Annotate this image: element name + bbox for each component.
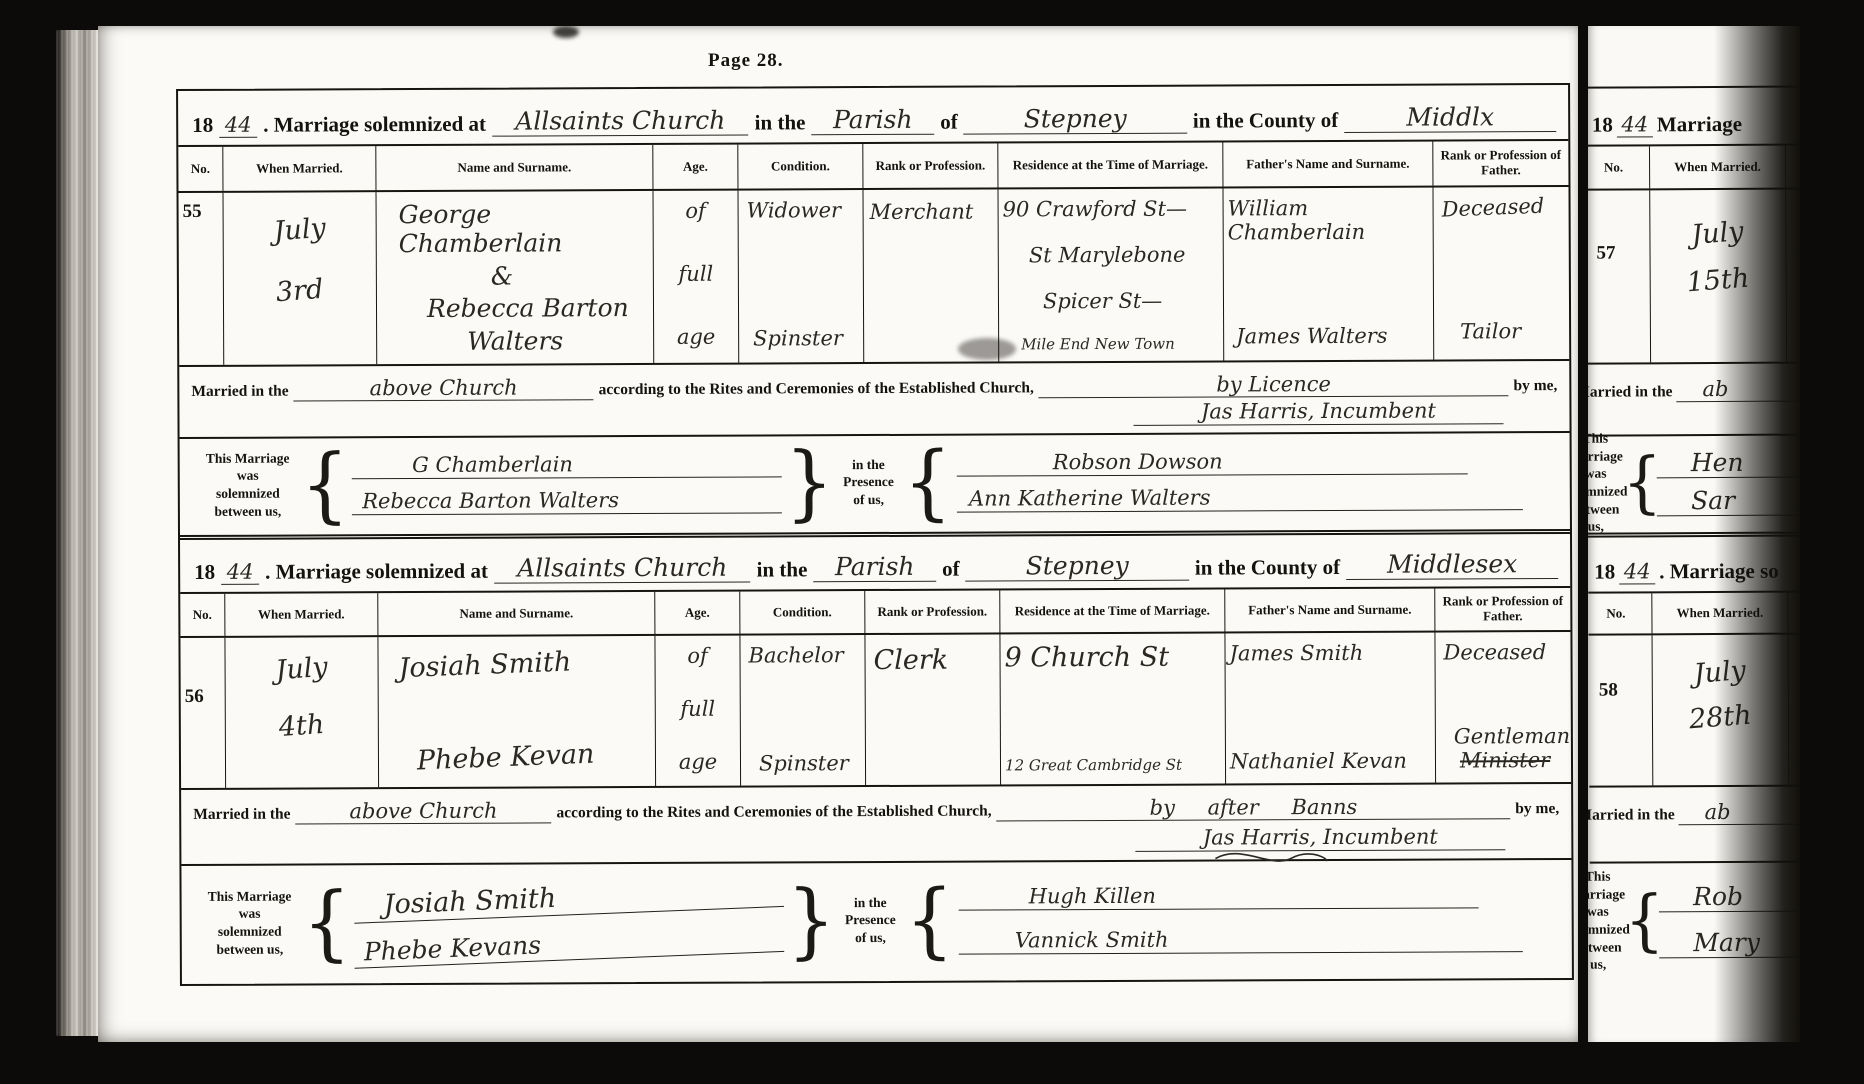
- residence-cell: 90 Crawford St— St Marylebone Spicer St—…: [998, 188, 1224, 361]
- residence-line1: 9 Church St: [1004, 641, 1220, 673]
- county-label: in the County of: [1193, 108, 1338, 134]
- age-cell: of full age: [653, 191, 739, 363]
- register-entry-55: 1844. Marriage solemnized at Allsaints C…: [178, 85, 1570, 540]
- when-married-cell: July 4th: [225, 637, 379, 788]
- groom-profession: Merchant: [868, 199, 994, 224]
- col-residence: Residence at the Time of Marriage.: [998, 142, 1223, 187]
- col-no: No.: [178, 147, 223, 191]
- entry55-married-in-row: Married in the above Church according to…: [179, 361, 1569, 439]
- by-me-label: by me,: [1515, 800, 1559, 818]
- bride-father-rank-line1: Gentleman: [1454, 724, 1570, 749]
- col-condition: Condition.: [738, 144, 863, 189]
- groom-name: Josiah Smith: [382, 643, 651, 684]
- residence-line2: 12 Great Cambridge St: [1005, 755, 1221, 776]
- parish-word-handwritten: Parish: [813, 552, 936, 583]
- this-marriage-label: This Marriage was solemnized between us,: [191, 869, 307, 976]
- entry-number: 57: [1588, 190, 1651, 362]
- county-name-handwritten: Middlx: [1344, 102, 1556, 133]
- col-no: No.: [180, 594, 225, 636]
- bride-father-rank: Tailor: [1438, 319, 1565, 352]
- profession-cell: Clerk: [865, 634, 1001, 785]
- bride-name-line2: Walters: [381, 326, 649, 356]
- presence-label: in the Presence of us,: [828, 440, 908, 524]
- officiant-signature: Jas Harris, Incumbent: [1133, 398, 1503, 426]
- bride-father: Nathaniel Kevan: [1230, 749, 1431, 776]
- of-label: of: [942, 557, 960, 582]
- col-residence: Residence at the Time of Marriage.: [1000, 589, 1225, 632]
- col-when-married: When Married.: [225, 593, 378, 636]
- column-headers: No. When Married. Name and Surname. Age.…: [178, 141, 1568, 193]
- names-cell: Josiah Smith Phebe Kevan: [378, 636, 656, 787]
- register-page-left: Page 28. 1844. Marriage solemnized at Al…: [98, 26, 1578, 1042]
- groom-father: William Chamberlain: [1228, 196, 1429, 245]
- page-number: Page 28.: [708, 50, 784, 72]
- entry56-solemnized-row: This Marriage was solemnized between us,…: [181, 860, 1572, 984]
- column-headers: No. When Married. Name and Surname. Age.…: [180, 588, 1570, 638]
- married-in-church-hw: above Church: [295, 798, 551, 824]
- when-day: 3rd: [275, 274, 325, 308]
- age-line1: of: [685, 199, 706, 223]
- groom-profession: Clerk: [869, 644, 995, 676]
- year-handwritten: 44: [1619, 559, 1655, 584]
- groom-father-rank: Deceased: [1437, 193, 1565, 222]
- when-day: 4th: [278, 709, 326, 743]
- in-the-label: in the: [757, 557, 808, 582]
- groom-father-rank: Deceased: [1439, 640, 1569, 665]
- year-handwritten: 44: [221, 560, 259, 585]
- right-brace: }: [787, 863, 836, 978]
- witness1-signature: Robson Dowson: [957, 448, 1468, 476]
- by-me-label: by me,: [1513, 377, 1557, 395]
- bride-father: James Walters: [1228, 324, 1429, 353]
- year-handwritten: 44: [219, 113, 257, 138]
- witness-signatures: Hugh Killen Vannick Smith: [949, 864, 1562, 973]
- by-banns-hw: by after Banns: [997, 794, 1511, 821]
- groom-condition: Widower: [743, 198, 859, 223]
- right-brace: }: [785, 437, 834, 528]
- this-marriage-label: This Marriage was solemnized between us,: [190, 442, 306, 527]
- married-in-label: Married in the: [193, 806, 290, 824]
- according-label: according to the Rites and Ceremonies of…: [556, 802, 991, 822]
- col-age: Age.: [655, 592, 740, 634]
- bride-condition: Spinster: [745, 751, 861, 778]
- col-condition: Condition.: [740, 591, 865, 634]
- witness2-signature: Ann Katherine Walters: [957, 484, 1523, 512]
- year-printed: 18: [192, 113, 213, 138]
- col-father-rank: Rank or Profession of Father.: [1433, 141, 1568, 186]
- age-line1: of: [687, 644, 708, 668]
- entry56-header: 1844. Marriage solemnized at Allsaints C…: [180, 534, 1570, 594]
- officiant-signature: Jas Harris, Incumbent: [1135, 824, 1505, 852]
- married-in-church-hw: above Church: [294, 375, 594, 401]
- when-married-cell: July 3rd: [224, 192, 378, 365]
- entry56-record-row: 56 July 4th Josiah Smith Phebe Kevan of …: [180, 632, 1571, 790]
- entry55-record-row: 55 July 3rd George Chamberlain & Rebecca…: [179, 187, 1570, 367]
- county-label: in the County of: [1195, 555, 1340, 581]
- col-when-married: When Married.: [223, 146, 376, 191]
- solemnized-at-label: . Marriage solemnized at: [263, 112, 486, 138]
- col-age: Age.: [653, 145, 738, 189]
- county-name-handwritten: Middlesex: [1346, 549, 1558, 580]
- father-name-cell: James Smith Nathaniel Kevan: [1225, 633, 1436, 784]
- residence-line4: Mile End New Town: [1003, 334, 1219, 353]
- col-father-rank: Rank or Profession of Father.: [1435, 588, 1570, 631]
- party-signatures: G Chamberlain Rebecca Barton Walters: [344, 440, 790, 526]
- bride-condition: Spinster: [743, 326, 859, 355]
- age-line2: full: [678, 262, 713, 286]
- father-rank-cell: Deceased Gentleman Minister: [1435, 632, 1574, 783]
- col-no: No.: [1588, 593, 1653, 633]
- entry55-solemnized-row: This Marriage was solemnized between us,…: [180, 433, 1570, 535]
- ink-blot: [553, 26, 579, 38]
- age-line2: full: [680, 697, 715, 721]
- age-line3: age: [677, 325, 715, 349]
- register-page-right: 1844 Marriage No. When Married. 57 July …: [1588, 26, 1800, 1042]
- bride-name-line1: Phebe Kevan: [382, 736, 651, 783]
- names-cell: George Chamberlain & Rebecca Barton Walt…: [377, 191, 655, 364]
- married-in-label: Married in the: [1588, 806, 1675, 824]
- parish-word-handwritten: Parish: [811, 105, 934, 136]
- marriage-register-form: 1844. Marriage solemnized at Allsaints C…: [176, 83, 1574, 986]
- year-printed: 18: [1594, 560, 1615, 585]
- signature-flourish: [1211, 849, 1331, 868]
- scanned-parish-register: { "page_label": "Page 28.", "form": { "y…: [0, 0, 1864, 1084]
- witness2-signature: Vannick Smith: [959, 926, 1523, 954]
- bride-father-rank-line2: Minister: [1454, 748, 1570, 773]
- age-line3: age: [679, 750, 717, 774]
- left-brace: {: [1624, 863, 1664, 978]
- parish-name-handwritten: Stepney: [966, 551, 1189, 582]
- when-month: July: [273, 213, 327, 248]
- profession-cell: Merchant: [863, 189, 999, 362]
- left-brace: {: [302, 865, 351, 980]
- groom-condition: Bachelor: [744, 643, 860, 668]
- col-rank-profession: Rank or Profession.: [865, 590, 1000, 633]
- bride-signature: Rebecca Barton Walters: [352, 488, 782, 516]
- bride-name-line1: Rebecca Barton: [381, 293, 649, 323]
- col-rank-profession: Rank or Profession.: [863, 143, 998, 188]
- col-father-name: Father's Name and Surname.: [1225, 589, 1435, 632]
- of-label: of: [940, 110, 958, 135]
- groom-name: George Chamberlain: [381, 199, 649, 258]
- condition-cell: Bachelor Spinster: [740, 635, 866, 786]
- left-brace: {: [301, 439, 350, 530]
- entry-number: 58: [1589, 635, 1654, 785]
- entry55-header: 1844. Marriage solemnized at Allsaints C…: [178, 85, 1568, 147]
- witness-brace: {: [903, 436, 952, 527]
- entry-number: 56: [180, 638, 226, 788]
- year-printed: 18: [194, 560, 215, 585]
- name-ampersand: &: [381, 261, 649, 291]
- party-signatures: Josiah Smith Phebe Kevans: [346, 867, 792, 975]
- entry56-married-in-row: Married in the above Church according to…: [181, 784, 1571, 866]
- parish-name-handwritten: Stepney: [964, 104, 1187, 135]
- col-name-surname: Name and Surname.: [378, 592, 655, 635]
- witness1-signature: Hugh Killen: [959, 882, 1479, 910]
- by-licence-hw: by Licence: [1039, 371, 1509, 398]
- left-brace: {: [1622, 437, 1662, 528]
- year-printed: 18: [1592, 113, 1613, 138]
- father-name-cell: William Chamberlain James Walters: [1223, 188, 1434, 361]
- register-entry-56: 1844. Marriage solemnized at Allsaints C…: [180, 534, 1572, 984]
- col-name-surname: Name and Surname.: [376, 145, 653, 190]
- age-cell: of full age: [655, 636, 741, 786]
- condition-cell: Widower Spinster: [738, 190, 864, 363]
- in-the-label: in the: [755, 110, 806, 135]
- according-label: according to the Rites and Ceremonies of…: [599, 379, 1034, 399]
- residence-line1: 90 Crawford St—: [1003, 196, 1219, 221]
- groom-signature: Josiah Smith: [353, 874, 784, 924]
- presence-label: in the Presence of us,: [830, 867, 910, 973]
- residence-cell: 9 Church St 12 Great Cambridge St: [1000, 633, 1226, 784]
- year-handwritten: 44: [1617, 112, 1653, 137]
- witness-brace: {: [905, 862, 954, 977]
- groom-father: James Smith: [1229, 641, 1430, 666]
- groom-signature: G Chamberlain: [352, 451, 782, 479]
- solemnized-at-label: . Marriage solemnized at: [265, 559, 488, 585]
- father-rank-cell: Deceased Tailor: [1433, 187, 1569, 360]
- church-name-handwritten: Allsaints Church: [494, 553, 751, 584]
- page-gutter-shadow: [1714, 26, 1800, 1042]
- married-in-label: Married in the: [1588, 383, 1673, 401]
- book-page-edges: [56, 30, 98, 1036]
- entry-number: 55: [179, 193, 225, 365]
- residence-line3: Spicer St—: [1003, 288, 1219, 313]
- church-name-handwritten: Allsaints Church: [492, 106, 749, 137]
- bride-signature: Phebe Kevans: [354, 921, 785, 969]
- witness-signatures: Robson Dowson Ann Katherine Walters: [947, 437, 1560, 524]
- when-month: July: [274, 652, 328, 687]
- married-in-label: Married in the: [191, 383, 288, 401]
- residence-line2: St Marylebone: [1003, 242, 1219, 267]
- col-father-name: Father's Name and Surname.: [1223, 142, 1433, 187]
- col-no: No.: [1588, 146, 1650, 188]
